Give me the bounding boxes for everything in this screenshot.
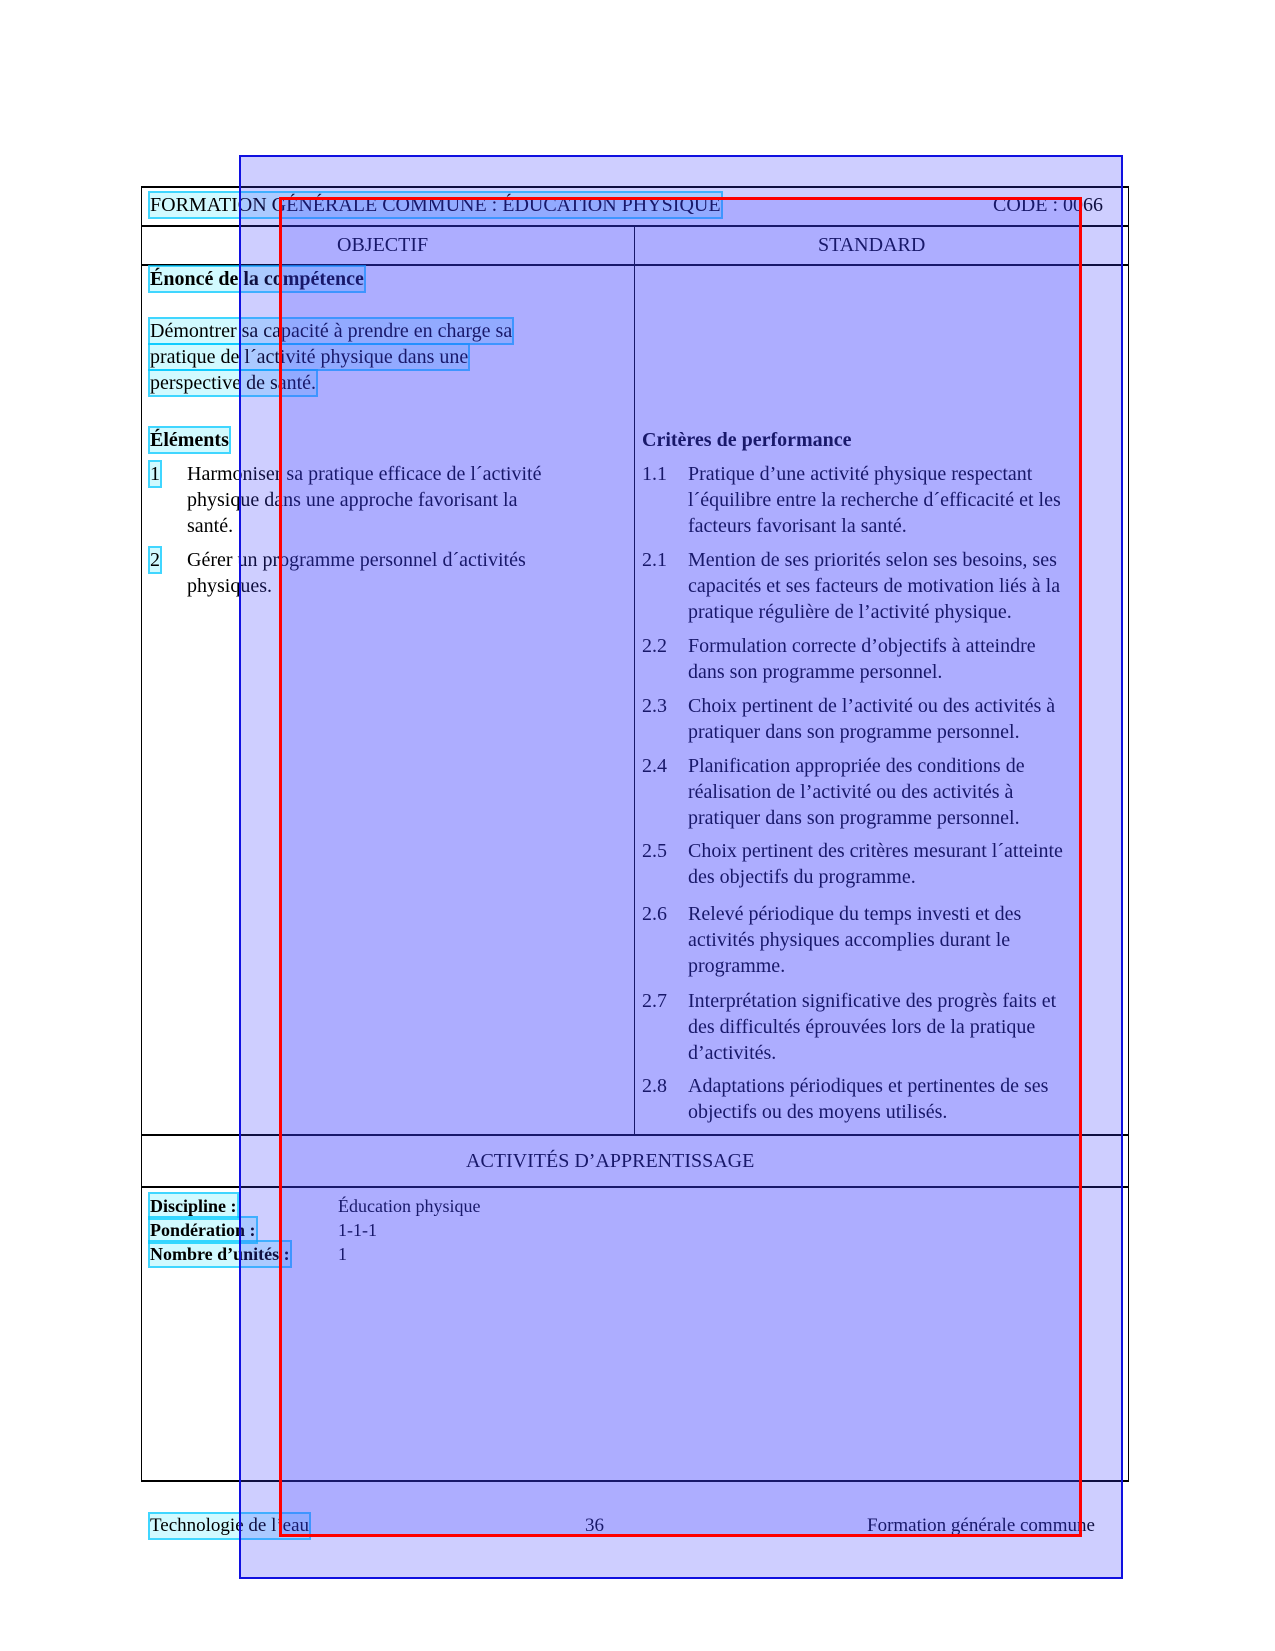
element-number: 1	[150, 462, 160, 486]
criterion-number: 2.1	[642, 548, 667, 572]
table-bottom-border	[141, 1480, 1129, 1482]
criterion-line: pratique régulière de l’activité physiqu…	[688, 600, 1012, 624]
competence-line: pratique de l´activité physique dans une	[150, 345, 468, 369]
footer-left: Technologie de l’eau	[150, 1514, 309, 1538]
element-line: Gérer un programme personnel d´activités	[187, 548, 526, 572]
criterion-number: 2.4	[642, 754, 667, 778]
code-value: 0066	[1063, 194, 1103, 216]
column-separator	[634, 226, 635, 1135]
criterion-line: des objectifs du programme.	[688, 865, 916, 889]
code-label: CODE :	[993, 194, 1058, 216]
criterion-line: activités physiques accomplies durant le	[688, 928, 1010, 952]
criterion-line: Planification appropriée des conditions …	[688, 754, 1025, 778]
field-label: Nombre d’unités :	[150, 1242, 290, 1266]
criterion-line: objectifs ou des moyens utilisés.	[688, 1100, 947, 1124]
criterion-number: 2.6	[642, 902, 667, 926]
criterion-line: pratiquer dans son programme personnel.	[688, 806, 1020, 830]
criterion-line: capacités et ses facteurs de motivation …	[688, 574, 1060, 598]
criterion-line: l´équilibre entre la recherche d´efficac…	[688, 488, 1061, 512]
element-line: Harmoniser sa pratique efficace de l´act…	[187, 462, 541, 486]
field-label: Pondération :	[150, 1218, 256, 1242]
criterion-line: Interprétation significative des progrès…	[688, 989, 1056, 1013]
field-value: 1-1-1	[338, 1218, 377, 1242]
criterion-line: Relevé périodique du temps investi et de…	[688, 902, 1021, 926]
criterion-line: dans son programme personnel.	[688, 660, 942, 684]
criterion-number: 1.1	[642, 462, 667, 486]
element-line: physique dans une approche favorisant la	[187, 488, 517, 512]
elements-heading: Éléments	[150, 428, 229, 452]
criterion-line: d’activités.	[688, 1041, 776, 1065]
code-block: CODE : 0066	[993, 193, 1103, 217]
criterion-line: facteurs favorisant la santé.	[688, 514, 907, 538]
criterion-line: Adaptations périodiques et pertinentes d…	[688, 1074, 1048, 1098]
standard-heading: STANDARD	[818, 233, 925, 257]
criterion-line: pratiquer dans son programme personnel.	[688, 720, 1020, 744]
criterion-line: des difficultés éprouvées lors de la pra…	[688, 1015, 1035, 1039]
objectif-heading: OBJECTIF	[337, 233, 428, 257]
criterion-line: Choix pertinent des critères mesurant l´…	[688, 839, 1063, 863]
element-line: physiques.	[187, 574, 272, 598]
criterion-number: 2.3	[642, 694, 667, 718]
criterion-line: Formulation correcte d’objectifs à attei…	[688, 634, 1036, 658]
activities-top-border	[141, 1134, 1129, 1136]
criterion-line: Choix pertinent de l’activité ou des act…	[688, 694, 1055, 718]
field-label: Discipline :	[150, 1194, 237, 1218]
footer-right: Formation générale commune	[867, 1514, 1095, 1538]
table-top-border	[141, 186, 1129, 188]
competence-heading: Énoncé de la compétence	[150, 267, 364, 291]
criterion-number: 2.8	[642, 1074, 667, 1098]
competence-line: perspective de santé.	[150, 371, 316, 395]
competence-line: Démontrer sa capacité à prendre en charg…	[150, 319, 512, 343]
criterion-line: réalisation de l’activité ou des activit…	[688, 780, 1013, 804]
criterion-line: Mention de ses priorités selon ses besoi…	[688, 548, 1057, 572]
criterion-number: 2.7	[642, 989, 667, 1013]
criterion-line: programme.	[688, 954, 785, 978]
document-title: FORMATION GÉNÉRALE COMMUNE : ÉDUCATION P…	[150, 193, 721, 217]
field-value: Éducation physique	[338, 1194, 480, 1218]
criterion-number: 2.5	[642, 839, 667, 863]
criterion-line: Pratique d’une activité physique respect…	[688, 462, 1032, 486]
page-number: 36	[585, 1514, 604, 1538]
criterion-number: 2.2	[642, 634, 667, 658]
field-value: 1	[338, 1242, 347, 1266]
activities-bottom-border	[141, 1186, 1129, 1188]
columns-divider	[141, 264, 1129, 266]
criteria-heading: Critères de performance	[642, 428, 852, 452]
activities-heading: ACTIVITÉS D’APPRENTISSAGE	[466, 1149, 754, 1173]
element-number: 2	[150, 548, 160, 572]
header-divider	[141, 225, 1129, 227]
element-line: santé.	[187, 514, 233, 538]
